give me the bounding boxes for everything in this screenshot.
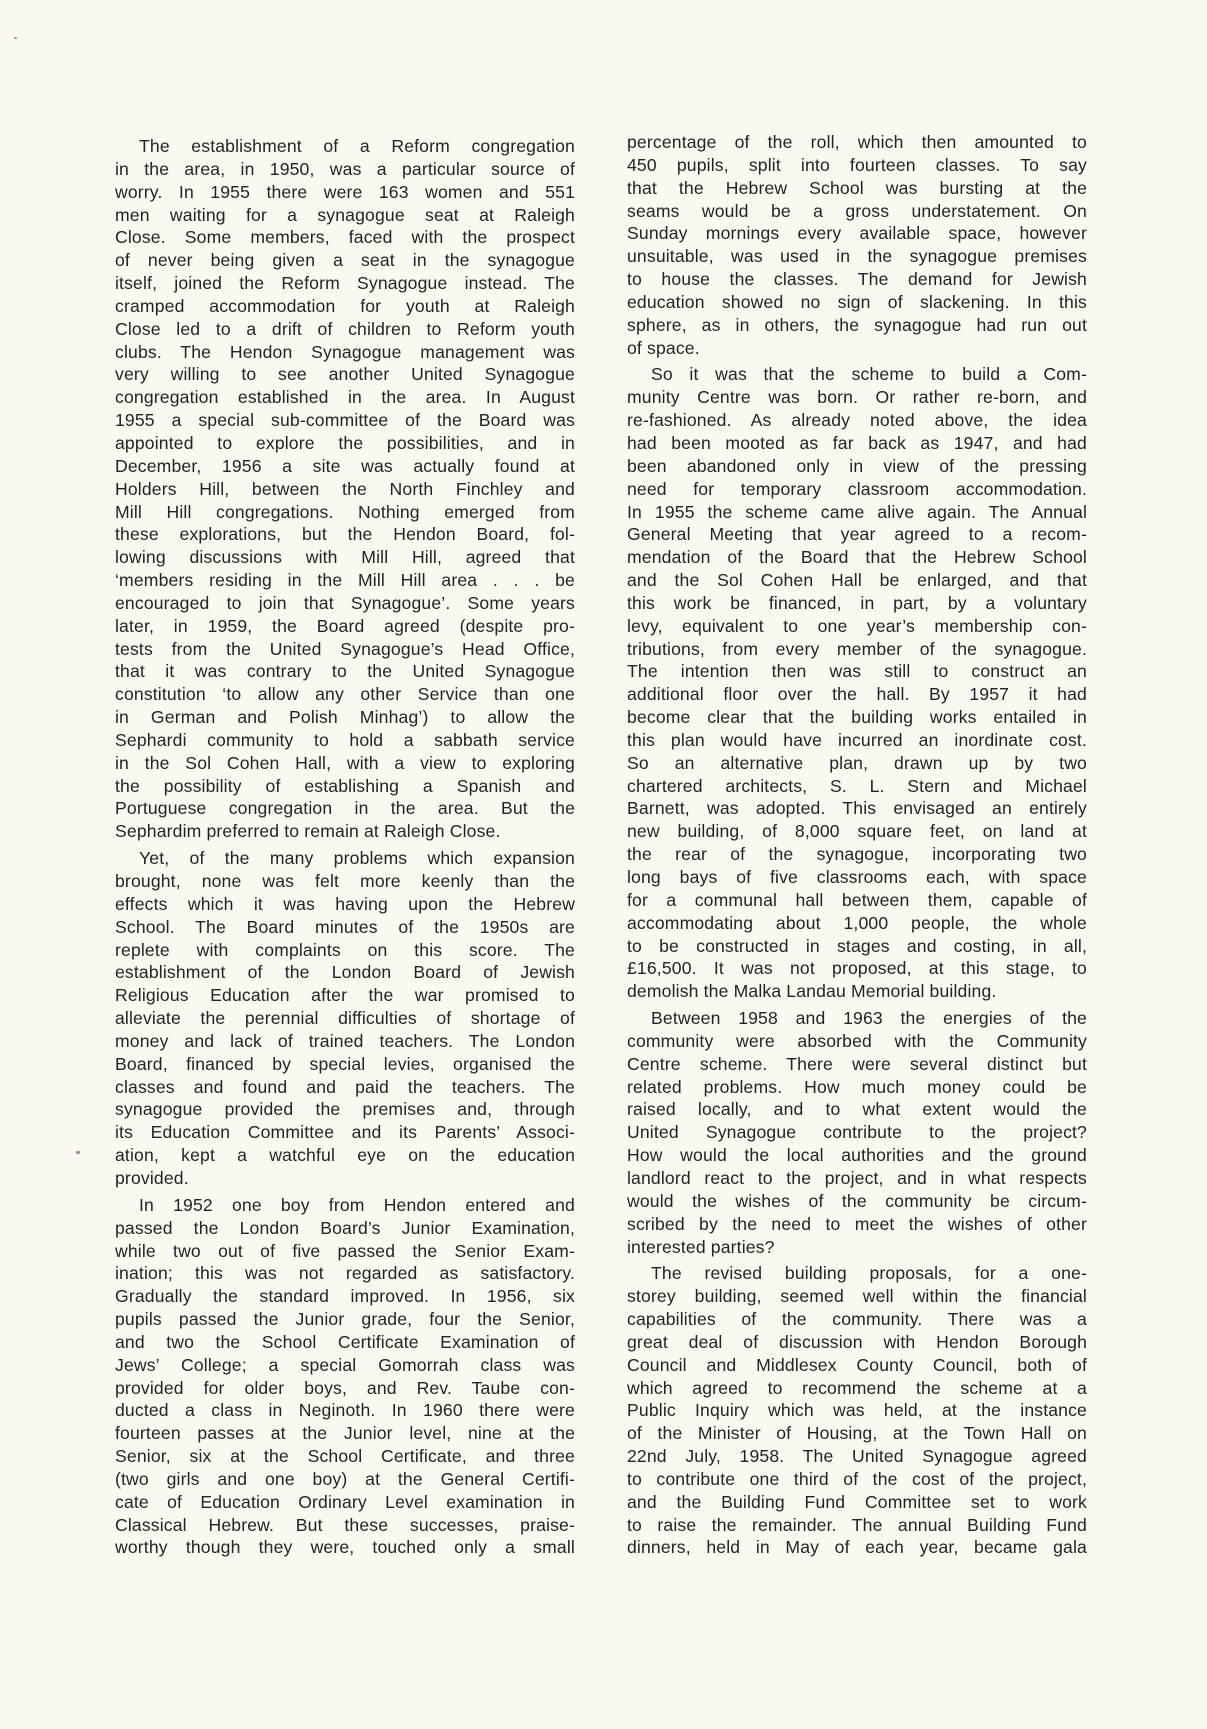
text-line: classes and found and paid the teachers.…: [115, 1076, 575, 1099]
text-line: in the area, in 1950, was a particular s…: [115, 158, 575, 181]
text-line: this work be financed, in part, by a vol…: [627, 592, 1087, 615]
text-line: these explorations, but the Hendon Board…: [115, 523, 575, 546]
text-line: ducted a class in Neginoth. In 1960 ther…: [115, 1399, 575, 1422]
text-line: brought, none was felt more keenly than …: [115, 870, 575, 893]
text-line: been abandoned only in view of the press…: [627, 455, 1087, 478]
text-line: percentage of the roll, which then amoun…: [627, 131, 1087, 154]
paragraph: Yet, of the many problems which expansio…: [115, 847, 575, 1190]
text-line: 450 pupils, split into fourteen classes.…: [627, 154, 1087, 177]
text-line: Public Inquiry which was held, at the in…: [627, 1399, 1087, 1422]
text-line: demolish the Malka Landau Memorial build…: [627, 980, 1087, 1003]
text-line: constitution ‘to allow any other Service…: [115, 683, 575, 706]
text-line: pupils passed the Junior grade, four the…: [115, 1308, 575, 1331]
text-line: encouraged to join that Synagogue’. Some…: [115, 592, 575, 615]
text-line: new building, of 8,000 square feet, on l…: [627, 820, 1087, 843]
text-line: synagogue provided the premises and, thr…: [115, 1098, 575, 1121]
text-line: sphere, as in others, the synagogue had …: [627, 314, 1087, 337]
text-line: Close. Some members, faced with the pros…: [115, 226, 575, 249]
text-line: mendation of the Board that the Hebrew S…: [627, 546, 1087, 569]
text-line: men waiting for a synagogue seat at Rale…: [115, 204, 575, 227]
text-line: this plan would have incurred an inordin…: [627, 729, 1087, 752]
text-line: tributions, from every member of the syn…: [627, 638, 1087, 661]
text-line: long bays of five classrooms each, with …: [627, 866, 1087, 889]
text-line: ‘members residing in the Mill Hill area …: [115, 569, 575, 592]
text-line: seams would be a gross understatement. O…: [627, 200, 1087, 223]
text-line: ination; this was not regarded as satisf…: [115, 1262, 575, 1285]
text-line: become clear that the building works ent…: [627, 706, 1087, 729]
text-line: related problems. How much money could b…: [627, 1076, 1087, 1099]
text-line: great deal of discussion with Hendon Bor…: [627, 1331, 1087, 1354]
text-line: lowing discussions with Mill Hill, agree…: [115, 546, 575, 569]
text-line: capabilities of the community. There was…: [627, 1308, 1087, 1331]
text-line: clubs. The Hendon Synagogue management w…: [115, 341, 575, 364]
text-line: unsuitable, was used in the synagogue pr…: [627, 245, 1087, 268]
text-line: to house the classes. The demand for Jew…: [627, 268, 1087, 291]
text-line: that the Hebrew School was bursting at t…: [627, 177, 1087, 200]
text-line: appointed to explore the possibilities, …: [115, 432, 575, 455]
text-line: Board, financed by special levies, organ…: [115, 1053, 575, 1076]
text-line: Barnett, was adopted. This envisaged an …: [627, 797, 1087, 820]
text-line: of the Minister of Housing, at the Town …: [627, 1422, 1087, 1445]
text-line: provided for older boys, and Rev. Taube …: [115, 1377, 575, 1400]
text-line: levy, equivalent to one year’s membershi…: [627, 615, 1087, 638]
text-line: United Synagogue contribute to the proje…: [627, 1121, 1087, 1144]
text-column-left: The establishment of a Reform congregati…: [115, 135, 575, 1563]
text-line: to contribute one third of the cost of t…: [627, 1468, 1087, 1491]
text-line: Gradually the standard improved. In 1956…: [115, 1285, 575, 1308]
text-line: Senior, six at the School Certificate, a…: [115, 1445, 575, 1468]
text-line: cramped accommodation for youth at Ralei…: [115, 295, 575, 318]
text-line: How would the local authorities and the …: [627, 1144, 1087, 1167]
paragraph: The revised building proposals, for a on…: [627, 1262, 1087, 1559]
text-line: and the Building Fund Committee set to w…: [627, 1491, 1087, 1514]
text-line: re-fashioned. As already noted above, th…: [627, 409, 1087, 432]
paper-speck: [76, 1151, 80, 1154]
text-line: So an alternative plan, drawn up by two: [627, 752, 1087, 775]
text-line: worthy though they were, touched only a …: [115, 1536, 575, 1559]
text-line: to raise the remainder. The annual Build…: [627, 1514, 1087, 1537]
text-line: need for temporary classroom accommodati…: [627, 478, 1087, 501]
text-line: passed the London Board’s Junior Examina…: [115, 1217, 575, 1240]
text-line: Sephardim preferred to remain at Raleigh…: [115, 820, 575, 843]
paragraph: The establishment of a Reform congregati…: [115, 135, 575, 843]
text-line: provided.: [115, 1167, 575, 1190]
text-line: fourteen passes at the Junior level, nin…: [115, 1422, 575, 1445]
text-line: Yet, of the many problems which expansio…: [115, 847, 575, 870]
text-line: the possibility of establishing a Spanis…: [115, 775, 575, 798]
text-line: congregation established in the area. In…: [115, 386, 575, 409]
text-line: money and lack of trained teachers. The …: [115, 1030, 575, 1053]
text-line: Sunday mornings every available space, h…: [627, 222, 1087, 245]
text-line: later, in 1959, the Board agreed (despit…: [115, 615, 575, 638]
text-line: Council and Middlesex County Council, bo…: [627, 1354, 1087, 1377]
text-line: worry. In 1955 there were 163 women and …: [115, 181, 575, 204]
paragraph: So it was that the scheme to build a Com…: [627, 363, 1087, 1003]
text-line: Portuguese congregation in the area. But…: [115, 797, 575, 820]
text-line: and the Sol Cohen Hall be enlarged, and …: [627, 569, 1087, 592]
text-line: effects which it was having upon the Heb…: [115, 893, 575, 916]
text-line: Close led to a drift of children to Refo…: [115, 318, 575, 341]
text-line: for a communal hall between them, capabl…: [627, 889, 1087, 912]
text-line: ation, kept a watchful eye on the educat…: [115, 1144, 575, 1167]
text-line: establishment of the London Board of Jew…: [115, 961, 575, 984]
text-line: that it was contrary to the United Synag…: [115, 660, 575, 683]
text-line: (two girls and one boy) at the General C…: [115, 1468, 575, 1491]
text-line: Centre scheme. There were several distin…: [627, 1053, 1087, 1076]
text-line: which agreed to recommend the scheme at …: [627, 1377, 1087, 1400]
text-line: 1955 a special sub-committee of the Boar…: [115, 409, 575, 432]
text-line: The revised building proposals, for a on…: [627, 1262, 1087, 1285]
text-line: In 1955 the scheme came alive again. The…: [627, 501, 1087, 524]
text-line: storey building, seemed well within the …: [627, 1285, 1087, 1308]
text-line: accommodating about 1,000 people, the wh…: [627, 912, 1087, 935]
text-line: very willing to see another United Synag…: [115, 363, 575, 386]
text-line: community were absorbed with the Communi…: [627, 1030, 1087, 1053]
text-line: the rear of the synagogue, incorporating…: [627, 843, 1087, 866]
text-line: raised locally, and to what extent would…: [627, 1098, 1087, 1121]
text-line: in German and Polish Minhag’) to allow t…: [115, 706, 575, 729]
text-line: Mill Hill congregations. Nothing emerged…: [115, 501, 575, 524]
text-line: £16,500. It was not proposed, at this st…: [627, 957, 1087, 980]
text-line: General Meeting that year agreed to a re…: [627, 523, 1087, 546]
text-line: and two the School Certificate Examinati…: [115, 1331, 575, 1354]
text-line: In 1952 one boy from Hendon entered and: [115, 1194, 575, 1217]
text-line: of space.: [627, 337, 1087, 360]
paragraph: In 1952 one boy from Hendon entered andp…: [115, 1194, 575, 1560]
paper-speck: [14, 37, 17, 39]
text-line: additional floor over the hall. By 1957 …: [627, 683, 1087, 706]
text-line: had been mooted as far back as 1947, and…: [627, 432, 1087, 455]
text-line: December, 1956 a site was actually found…: [115, 455, 575, 478]
text-line: So it was that the scheme to build a Com…: [627, 363, 1087, 386]
text-line: The intention then was still to construc…: [627, 660, 1087, 683]
text-line: The establishment of a Reform congregati…: [115, 135, 575, 158]
text-line: scribed by the need to meet the wishes o…: [627, 1213, 1087, 1236]
text-line: of never being given a seat in the synag…: [115, 249, 575, 272]
text-line: would the wishes of the community be cir…: [627, 1190, 1087, 1213]
text-line: alleviate the perennial difficulties of …: [115, 1007, 575, 1030]
text-line: 22nd July, 1958. The United Synagogue ag…: [627, 1445, 1087, 1468]
text-line: Classical Hebrew. But these successes, p…: [115, 1514, 575, 1537]
document-page: The establishment of a Reform congregati…: [0, 0, 1207, 1729]
text-line: munity Centre was born. Or rather re-bor…: [627, 386, 1087, 409]
text-line: education showed no sign of slackening. …: [627, 291, 1087, 314]
text-line: while two out of five passed the Senior …: [115, 1240, 575, 1263]
text-line: its Education Committee and its Parents’…: [115, 1121, 575, 1144]
paragraph: percentage of the roll, which then amoun…: [627, 131, 1087, 359]
text-line: chartered architects, S. L. Stern and Mi…: [627, 775, 1087, 798]
paragraph: Between 1958 and 1963 the energies of th…: [627, 1007, 1087, 1258]
text-column-right: percentage of the roll, which then amoun…: [627, 131, 1087, 1563]
text-line: interested parties?: [627, 1236, 1087, 1259]
text-line: School. The Board minutes of the 1950s a…: [115, 916, 575, 939]
text-line: tests from the United Synagogue’s Head O…: [115, 638, 575, 661]
text-line: Between 1958 and 1963 the energies of th…: [627, 1007, 1087, 1030]
text-line: in the Sol Cohen Hall, with a view to ex…: [115, 752, 575, 775]
text-line: Sephardi community to hold a sabbath ser…: [115, 729, 575, 752]
text-line: Holders Hill, between the North Finchley…: [115, 478, 575, 501]
text-line: to be constructed in stages and costing,…: [627, 935, 1087, 958]
text-line: Religious Education after the war promis…: [115, 984, 575, 1007]
text-line: itself, joined the Reform Synagogue inst…: [115, 272, 575, 295]
text-line: replete with complaints on this score. T…: [115, 939, 575, 962]
text-line: Jews’ College; a special Gomorrah class …: [115, 1354, 575, 1377]
text-line: landlord react to the project, and in wh…: [627, 1167, 1087, 1190]
text-line: dinners, held in May of each year, becam…: [627, 1536, 1087, 1559]
text-line: cate of Education Ordinary Level examina…: [115, 1491, 575, 1514]
